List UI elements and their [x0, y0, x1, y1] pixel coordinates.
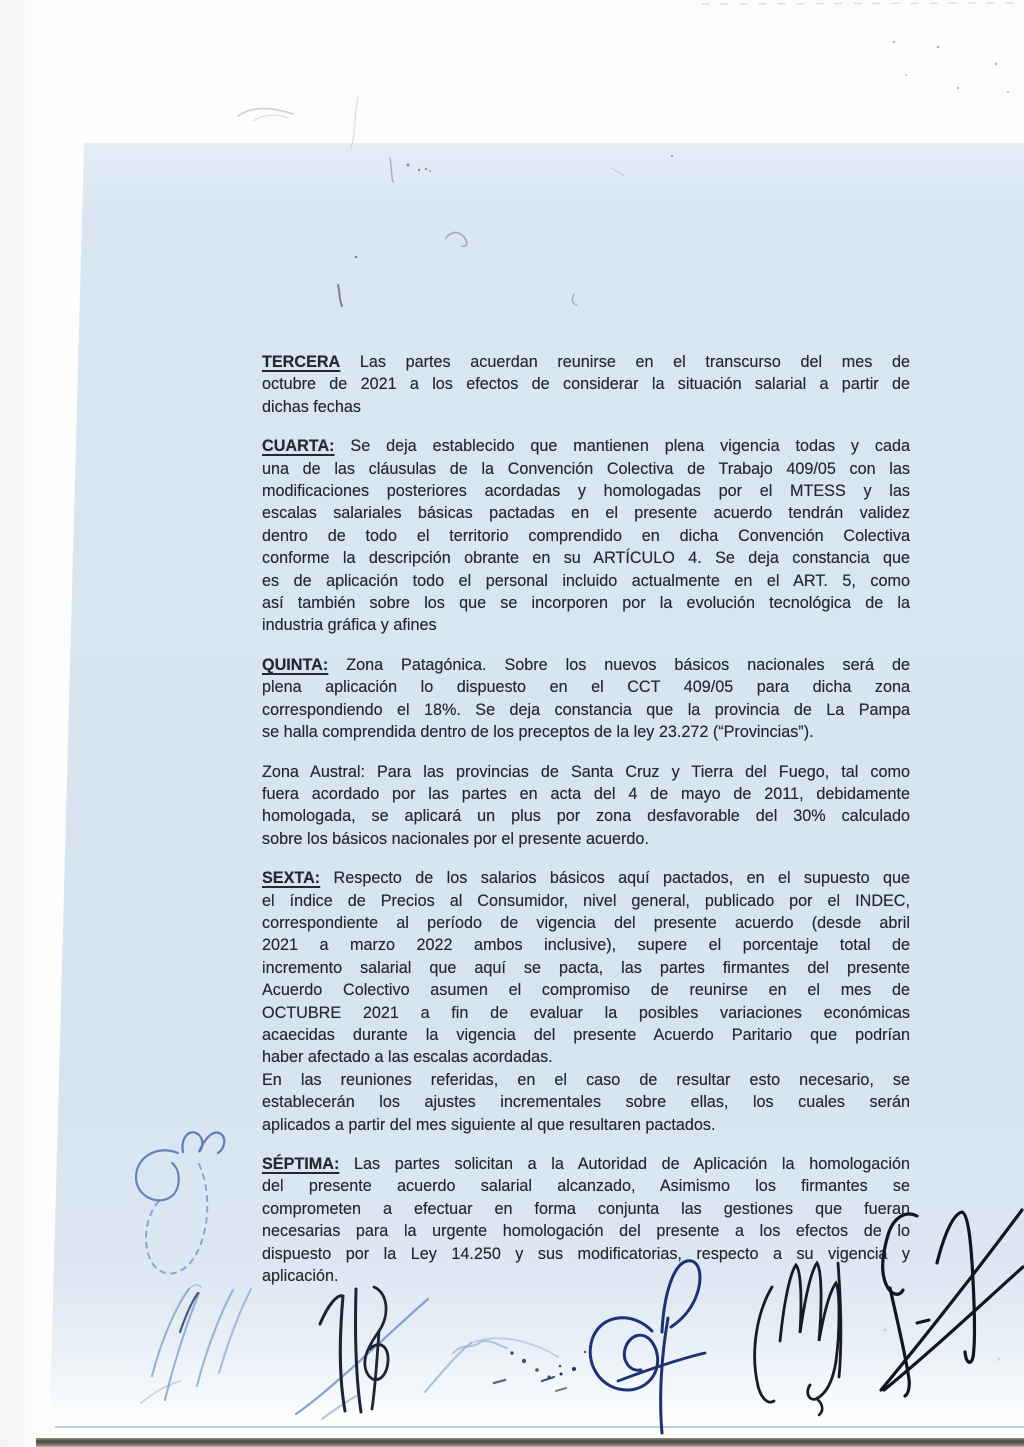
clause-heading: TERCERA [262, 353, 340, 371]
text-line: plena aplicación lo dispuesto en el CCT … [262, 676, 910, 698]
text-line: comprometen a efectuar en forma conjunta… [262, 1198, 910, 1220]
clause-heading: QUINTA: [262, 656, 328, 674]
text-line: correspondiente al período de vigencia d… [262, 912, 910, 934]
text-line: necesarias para la urgente homologación … [262, 1220, 910, 1242]
text-line: sobre los básicos nacionales por el pres… [262, 828, 910, 850]
text-line: SEXTA: Respecto de los salarios básicos … [262, 867, 910, 889]
text-line: aplicación. [262, 1265, 910, 1287]
text-line: En las reuniones referidas, en el caso d… [262, 1069, 910, 1091]
text-line: modificaciones posteriores acordadas y h… [262, 480, 910, 502]
paragraph-tercera: TERCERA Las partes acuerdan reunirse en … [262, 351, 910, 418]
paper-sheet: TERCERA Las partes acuerdan reunirse en … [50, 143, 1024, 1413]
text-line: es de aplicación todo el personal inclui… [262, 570, 910, 592]
text-line: conforme la descripción obrante en su AR… [262, 547, 910, 569]
text-line: establecerán los ajustes incrementales s… [262, 1091, 910, 1113]
paragraph-septima: SÉPTIMA: Las partes solicitan a la Autor… [262, 1153, 910, 1287]
scanner-bottom-band [36, 1438, 1024, 1447]
text-line: incremento salarial que aquí se pacta, l… [262, 957, 910, 979]
scanned-document: TERCERA Las partes acuerdan reunirse en … [0, 0, 1024, 1447]
text-line: escalas salariales básicas pactadas en e… [262, 502, 910, 524]
text-line: octubre de 2021 a los efectos de conside… [262, 373, 910, 395]
text-line: del presente acuerdo salarial alcanzado,… [262, 1175, 910, 1197]
paragraph-quinta: QUINTA: Zona Patagónica. Sobre los nuevo… [262, 654, 910, 744]
text-line: dispuesto por la Ley 14.250 y sus modifi… [262, 1243, 910, 1265]
document-text: TERCERA Las partes acuerdan reunirse en … [262, 351, 910, 1304]
paragraph-cuarta: CUARTA: Se deja establecido que mantiene… [262, 435, 910, 637]
text-line: fuera acordado por las partes en acta de… [262, 783, 910, 805]
text-line: QUINTA: Zona Patagónica. Sobre los nuevo… [262, 654, 910, 676]
paper-bottom-edge-line [55, 1426, 1024, 1428]
text-line: 2021 a marzo 2022 ambos inclusive), supe… [262, 934, 910, 956]
text-line: SÉPTIMA: Las partes solicitan a la Autor… [262, 1153, 910, 1175]
text-line: homologada, se aplicará un plus por zona… [262, 805, 910, 827]
paragraph-sexta: SEXTA: Respecto de los salarios básicos … [262, 867, 910, 1136]
text-line: una de las cláusulas de la Convención Co… [262, 458, 910, 480]
text-line: el índice de Precios al Consumidor, nive… [262, 890, 910, 912]
text-line: Zona Austral: Para las provincias de San… [262, 761, 910, 783]
text-line: dentro de todo el territorio comprendido… [262, 525, 910, 547]
text-line: se halla comprendida dentro de los prece… [262, 721, 910, 743]
text-line: OCTUBRE 2021 a fin de evaluar la posible… [262, 1002, 910, 1024]
text-line: haber afectado a las escalas acordadas. [262, 1046, 910, 1068]
clause-heading: CUARTA: [262, 437, 335, 455]
paragraph-zona-austral: Zona Austral: Para las provincias de San… [262, 761, 910, 851]
text-line: aplicados a partir del mes siguiente al … [262, 1114, 910, 1136]
text-line: CUARTA: Se deja establecido que mantiene… [262, 435, 910, 457]
text-line: así también sobre los que se incorporen … [262, 592, 910, 614]
text-line: Acuerdo Colectivo asumen el compromiso d… [262, 979, 910, 1001]
paper-left-edge [50, 143, 84, 1413]
scanner-edge-shading [0, 0, 46, 1447]
text-line: dichas fechas [262, 396, 910, 418]
text-line: acaecidas durante la vigencia del presen… [262, 1024, 910, 1046]
clause-heading: SÉPTIMA: [262, 1155, 339, 1173]
text-line: TERCERA Las partes acuerdan reunirse en … [262, 351, 910, 373]
text-line: correspondiendo el 18%. Se deja constanc… [262, 699, 910, 721]
clause-heading: SEXTA: [262, 869, 320, 887]
text-line: industria gráfica y afines [262, 614, 910, 636]
